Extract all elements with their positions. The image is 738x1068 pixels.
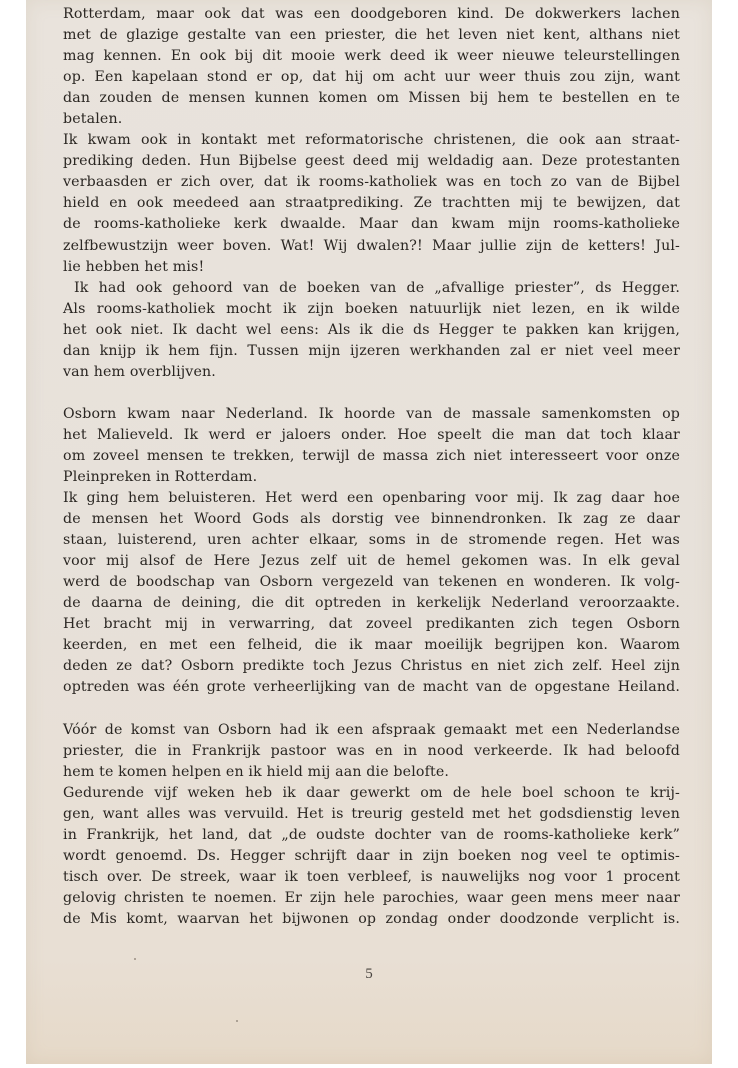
text-line: op. Een kapelaan stond er op, dat hij om… <box>63 67 680 88</box>
text-line: Ik ging hem beluisteren. Het werd een op… <box>63 488 680 509</box>
body-text: Rotterdam, maar ook dat was een doodgebo… <box>63 4 680 930</box>
text-line: tisch over. De streek, waar ik toen verb… <box>63 867 680 888</box>
text-line: om zoveel mensen te trekken, terwijl de … <box>63 446 680 467</box>
text-line: in Frankrijk, het land, dat „de oudste d… <box>63 825 680 846</box>
text-line: prediking deden. Hun Bijbelse geest deed… <box>63 151 680 172</box>
text-line: hem te komen helpen en ik hield mij aan … <box>63 762 680 783</box>
text-line: Ik had ook gehoord van de boeken van de … <box>63 278 680 299</box>
text-line: wordt genoemd. Ds. Hegger schrijft daar … <box>63 846 680 867</box>
text-line: betalen. <box>63 109 680 130</box>
text-line: mag kennen. En ook bij dit mooie werk de… <box>63 46 680 67</box>
paragraph-1: Rotterdam, maar ook dat was een doodgebo… <box>63 4 680 130</box>
text-line: Pleinpreken in Rotterdam. <box>63 467 680 488</box>
section-gap <box>63 699 680 720</box>
text-line: staan, luisterend, uren achter elkaar, s… <box>63 530 680 551</box>
text-line: Vóór de komst van Osborn had ik een afsp… <box>63 720 680 741</box>
text-line: voor mij alsof de Here Jezus zelf uit de… <box>63 551 680 572</box>
text-line: de daarna de deining, die dit optreden i… <box>63 593 680 614</box>
text-line: Gedurende vijf weken heb ik daar gewerkt… <box>63 783 680 804</box>
text-line: de rooms-katholieke kerk dwaalde. Maar d… <box>63 214 680 235</box>
text-line: deden ze dat? Osborn predikte toch Jezus… <box>63 656 680 677</box>
paragraph-4: Osborn kwam naar Nederland. Ik hoorde va… <box>63 404 680 488</box>
text-line: dan zouden de mensen kunnen komen om Mis… <box>63 88 680 109</box>
paragraph-5: Ik ging hem beluisteren. Het werd een op… <box>63 488 680 698</box>
paper-speck <box>236 1020 238 1022</box>
text-line: het ook niet. Ik dacht wel eens: Als ik … <box>63 320 680 341</box>
section-gap <box>63 383 680 404</box>
paper-speck <box>134 958 136 960</box>
text-line: Osborn kwam naar Nederland. Ik hoorde va… <box>63 404 680 425</box>
text-line: zelfbewustzijn weer boven. Wat! Wij dwal… <box>63 236 680 257</box>
text-line: gen, want alles was vervuild. Het is tre… <box>63 804 680 825</box>
text-line: optreden was één grote verheerlijking va… <box>63 677 680 698</box>
text-line: lie hebben het mis! <box>63 257 680 278</box>
paragraph-3: Ik had ook gehoord van de boeken van de … <box>63 278 680 383</box>
text-line: het Malieveld. Ik werd er jaloers onder.… <box>63 425 680 446</box>
text-line: dan knijp ik hem fijn. Tussen mijn ijzer… <box>63 341 680 362</box>
text-line: Als rooms-katholiek mocht ik zijn boeken… <box>63 299 680 320</box>
text-line: priester, die in Frankrijk pastoor was e… <box>63 741 680 762</box>
text-line: van hem overblijven. <box>63 362 680 383</box>
book-page: Rotterdam, maar ook dat was een doodgebo… <box>26 0 712 1064</box>
paragraph-6: Vóór de komst van Osborn had ik een afsp… <box>63 720 680 783</box>
paragraph-7: Gedurende vijf weken heb ik daar gewerkt… <box>63 783 680 930</box>
text-line: keerden, en met een felheid, die ik maar… <box>63 635 680 656</box>
text-line: hield en ook meedeed aan straatprediking… <box>63 193 680 214</box>
text-line: de Mis komt, waarvan het bijwonen op zon… <box>63 909 680 930</box>
text-line: Rotterdam, maar ook dat was een doodgebo… <box>63 4 680 25</box>
page-number: 5 <box>26 966 712 983</box>
text-line: werd de boodschap van Osborn vergezeld v… <box>63 572 680 593</box>
text-line: met de glazige gestalte van een priester… <box>63 25 680 46</box>
text-line: verbaasden er zich over, dat ik rooms-ka… <box>63 172 680 193</box>
paragraph-2: Ik kwam ook in kontakt met reformatorisc… <box>63 130 680 277</box>
text-line: Ik kwam ook in kontakt met reformatorisc… <box>63 130 680 151</box>
text-line: Het bracht mij in verwarring, dat zoveel… <box>63 614 680 635</box>
text-line: de mensen het Woord Gods als dorstig vee… <box>63 509 680 530</box>
text-line: gelovig christen te noemen. Er zijn hele… <box>63 888 680 909</box>
